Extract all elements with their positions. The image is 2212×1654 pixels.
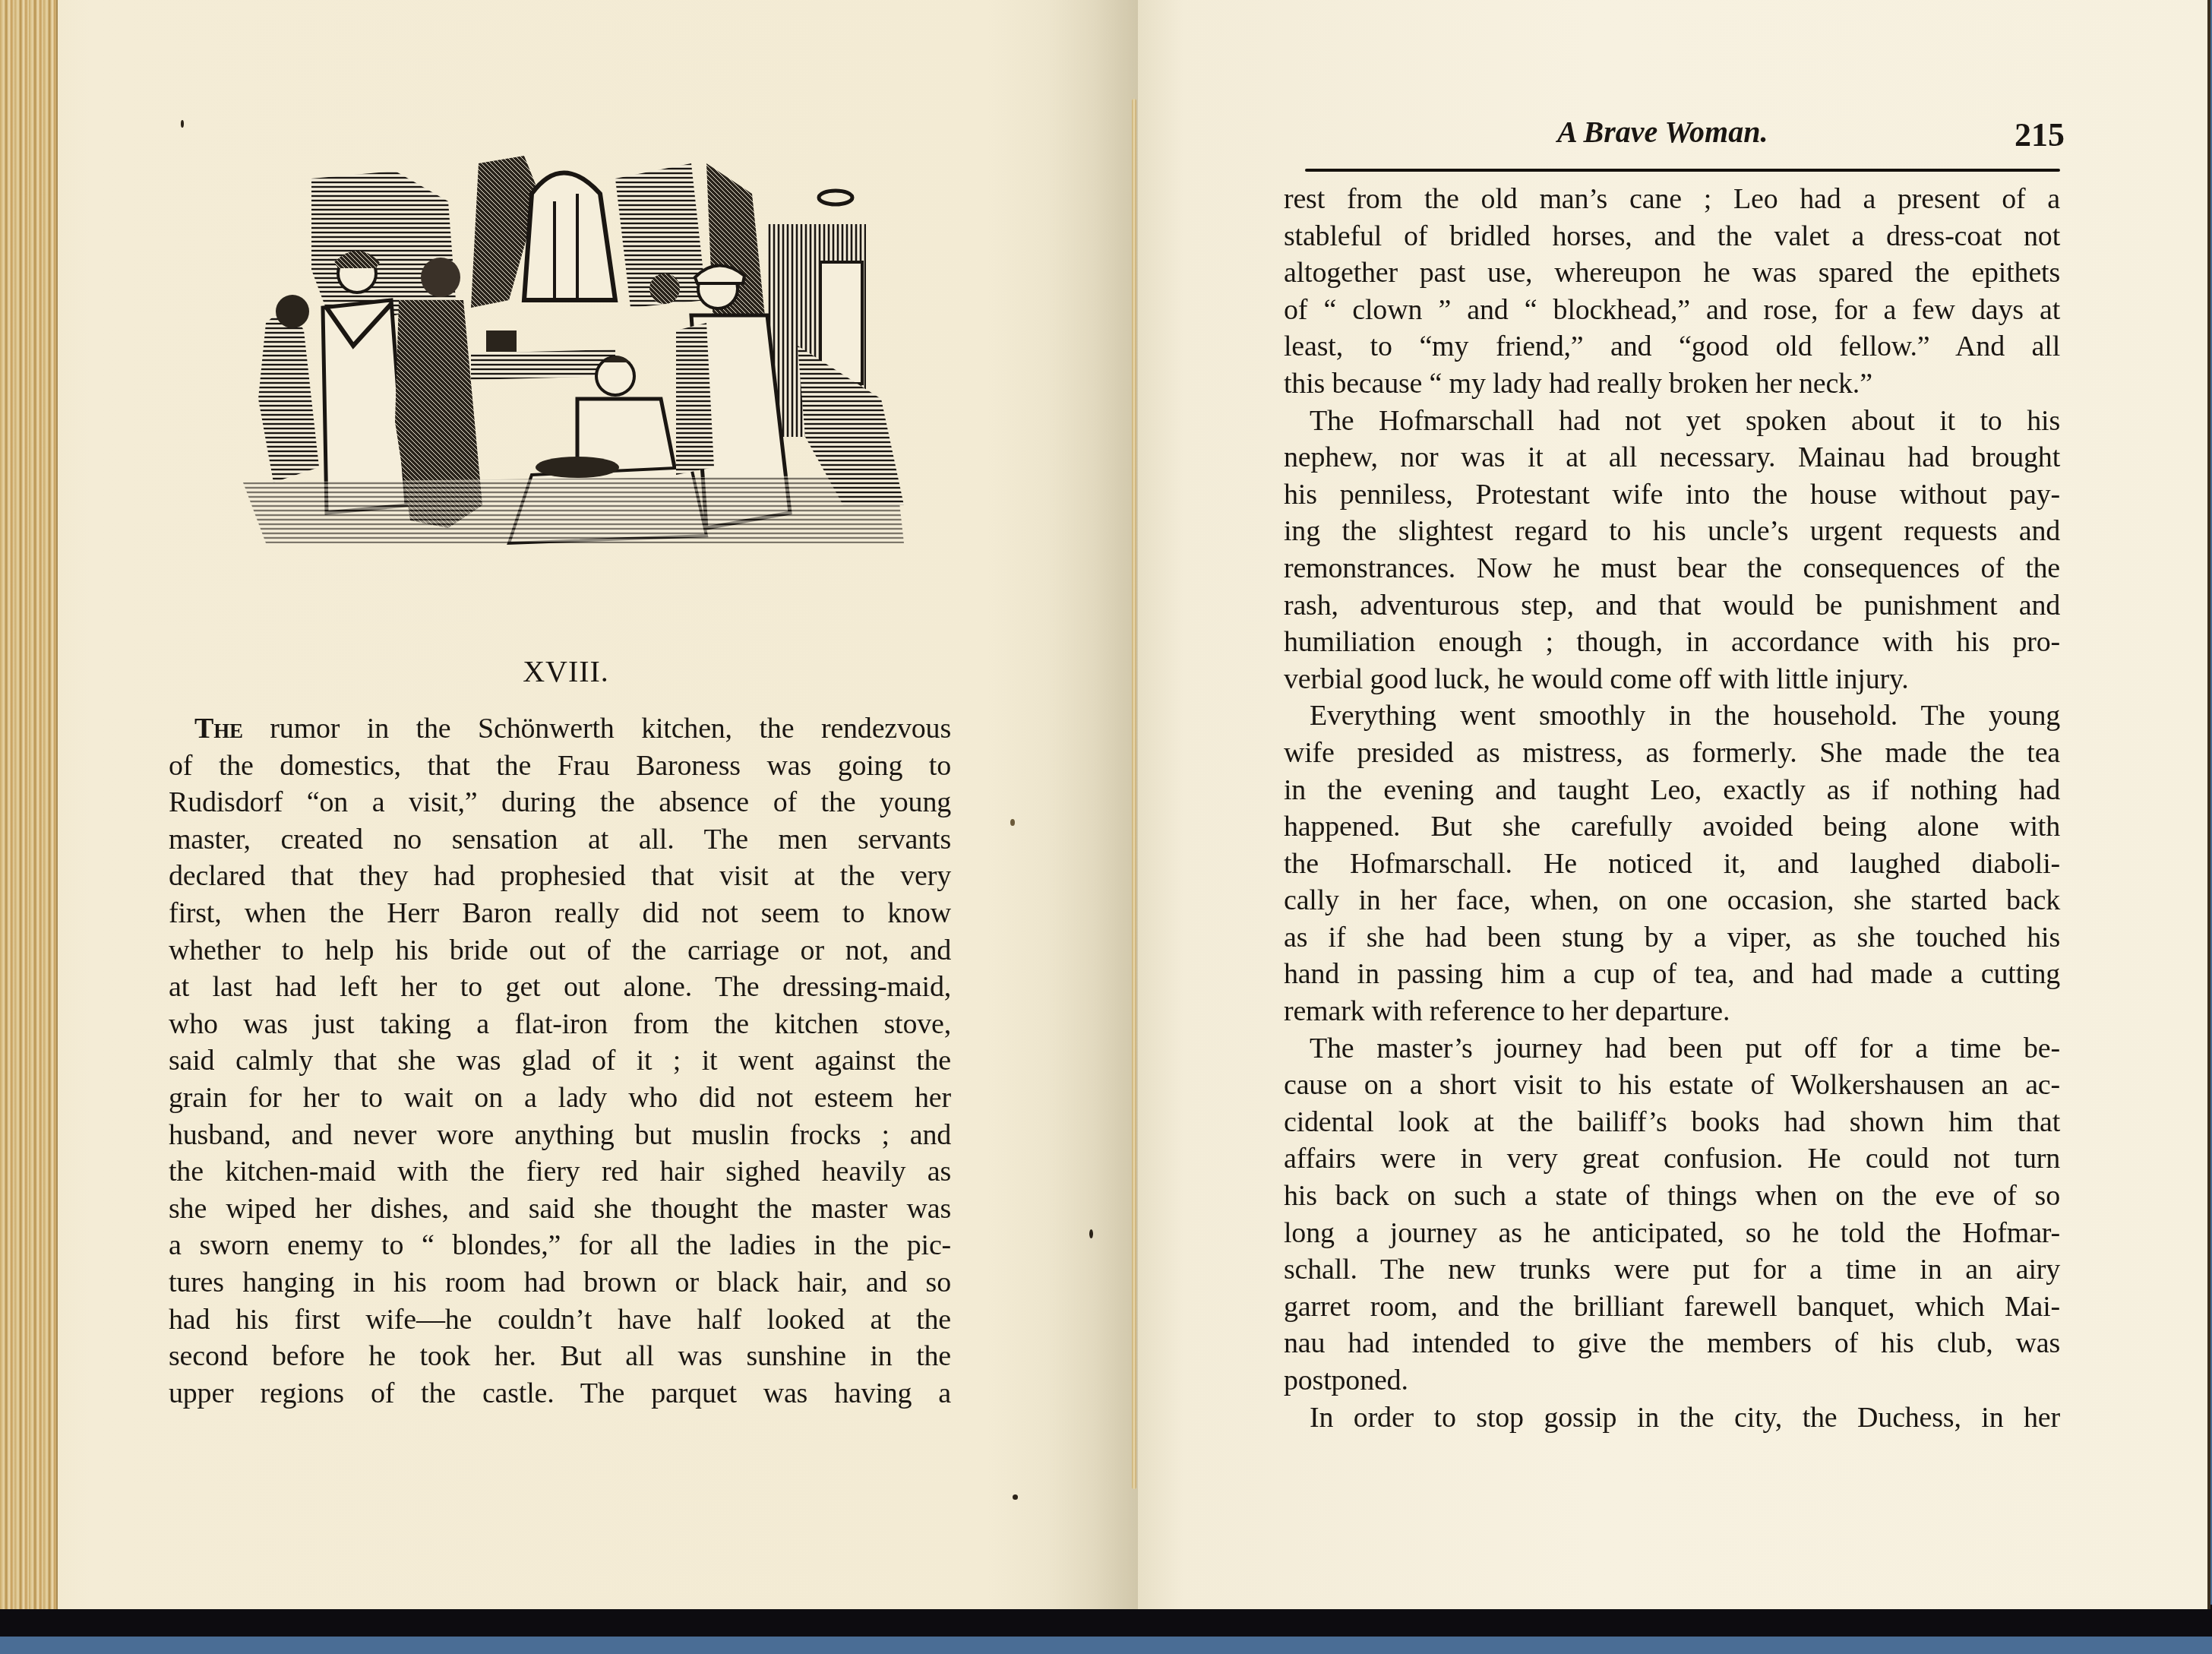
text-line: In order to stop gossip in the city, the…	[1284, 1399, 2060, 1437]
text-line: rest from the old man’s cane ; Leo had a…	[1284, 181, 2060, 218]
text-line: ing the slightest regard to his uncle’s …	[1284, 513, 2060, 550]
text-line: first, when the Herr Baron really did no…	[169, 895, 951, 932]
text-line: hand in passing him a cup of tea, and ha…	[1284, 956, 2060, 993]
paper-speck	[1013, 1494, 1018, 1500]
text-line: cause on a short visit to his estate of …	[1284, 1067, 2060, 1104]
text-line: postponed.	[1284, 1362, 2060, 1399]
text-line: remark with reference to her departure.	[1284, 993, 2060, 1030]
text-line: a sworn enemy to “ blondes,” for all the…	[169, 1227, 951, 1264]
text-line: schall. The new trunks were put for a ti…	[1284, 1251, 2060, 1289]
text-line: said calmly that she was glad of it ; it…	[169, 1042, 951, 1080]
gutter-binding-thread	[1132, 99, 1136, 1489]
text-line: happened. But she carefully avoided bein…	[1284, 808, 2060, 846]
left-page-body-text: The rumor in the Schönwerth kitchen, the…	[169, 710, 951, 1412]
text-line: second before he took her. But all was s…	[169, 1338, 951, 1375]
text-line: who was just taking a flat-iron from the…	[169, 1006, 951, 1043]
book-binding-edge	[0, 1605, 2212, 1637]
header-rule	[1305, 169, 2060, 172]
text-line: as if she had been stung by a viper, as …	[1284, 919, 2060, 957]
page-fore-edge	[0, 0, 58, 1609]
gutter-shadow	[1048, 0, 1138, 1609]
text-line: in the evening and taught Leo, exactly a…	[1284, 772, 2060, 809]
text-line: Rudisdorf “on a visit,” during the absen…	[169, 784, 951, 821]
text-line: The master’s journey had been put off fo…	[1284, 1030, 2060, 1067]
left-page: XVIII. The rumor in the Schönwerth kitch…	[0, 0, 1138, 1609]
running-head: A Brave Woman.	[1557, 114, 1768, 150]
text-line: wife presided as mistress, as formerly. …	[1284, 735, 2060, 772]
text-line: verbial good luck, he would come off wit…	[1284, 661, 2060, 698]
chapter-heading: XVIII.	[471, 653, 661, 689]
right-page-body-text: rest from the old man’s cane ; Leo had a…	[1284, 181, 2060, 1436]
paper-speck	[181, 120, 184, 128]
text-line: stableful of bridled horses, and the val…	[1284, 218, 2060, 255]
text-line: the Hofmarschall. He noticed it, and lau…	[1284, 846, 2060, 883]
text-line: grain for her to wait on a lady who did …	[169, 1080, 951, 1117]
text-line: humiliation enough ; though, in accordan…	[1284, 624, 2060, 661]
page-number: 215	[2014, 115, 2065, 154]
paper-speck	[1010, 819, 1015, 826]
text-line: of “ clown ” and “ blockhead,” and rose,…	[1284, 292, 2060, 329]
text-line: husband, and never wore anything but mus…	[169, 1117, 951, 1154]
text-line: affairs were in very great confusion. He…	[1284, 1140, 2060, 1178]
text-line: The Hofmarschall had not yet spoken abou…	[1284, 403, 2060, 440]
kitchen-scene-illustration-icon	[220, 148, 919, 551]
text-line: The rumor in the Schönwerth kitchen, the…	[169, 710, 951, 748]
text-line: his back on such a state of things when …	[1284, 1178, 2060, 1215]
text-line: cidental look at the bailiff’s books had…	[1284, 1104, 2060, 1141]
text-line: remonstrances. Now he must bear the cons…	[1284, 550, 2060, 587]
text-line: upper regions of the castle. The parquet…	[169, 1375, 951, 1412]
text-line: declared that they had prophesied that v…	[169, 858, 951, 895]
text-line: had his first wife—he couldn’t have half…	[169, 1301, 951, 1339]
drop-word-smallcaps: The	[194, 713, 243, 745]
text-line: this because “ my lady had really broken…	[1284, 365, 2060, 403]
text-line: long a journey as he anticipated, so he …	[1284, 1215, 2060, 1252]
text-line: of the domestics, that the Frau Baroness…	[169, 748, 951, 785]
text-line: whether to help his bride out of the car…	[169, 932, 951, 969]
text-line: cally in her face, when, on one occasion…	[1284, 882, 2060, 919]
text-line: master, created no sensation at all. The…	[169, 821, 951, 859]
text-line: at last had left her to get out alone. T…	[169, 969, 951, 1006]
text-line: nephew, nor was it at all necessary. Mai…	[1284, 439, 2060, 476]
text-line: least, to “my friend,” and “good old fel…	[1284, 328, 2060, 365]
text-line: altogether past use, whereupon he was sp…	[1284, 255, 2060, 292]
text-line: his penniless, Protestant wife into the …	[1284, 476, 2060, 514]
text-line: rash, adventurous step, and that would b…	[1284, 587, 2060, 625]
text-line: tures hanging in his room had brown or b…	[169, 1264, 951, 1301]
text-line: she wiped her dishes, and said she thoug…	[169, 1191, 951, 1228]
paper-speck	[1089, 1229, 1093, 1238]
text-line: nau had intended to give the members of …	[1284, 1325, 2060, 1362]
text-line: garret room, and the brilliant farewell …	[1284, 1289, 2060, 1326]
text-line: Everything went smoothly in the househol…	[1284, 697, 2060, 735]
text-line: the kitchen-maid with the fiery red hair…	[169, 1153, 951, 1191]
